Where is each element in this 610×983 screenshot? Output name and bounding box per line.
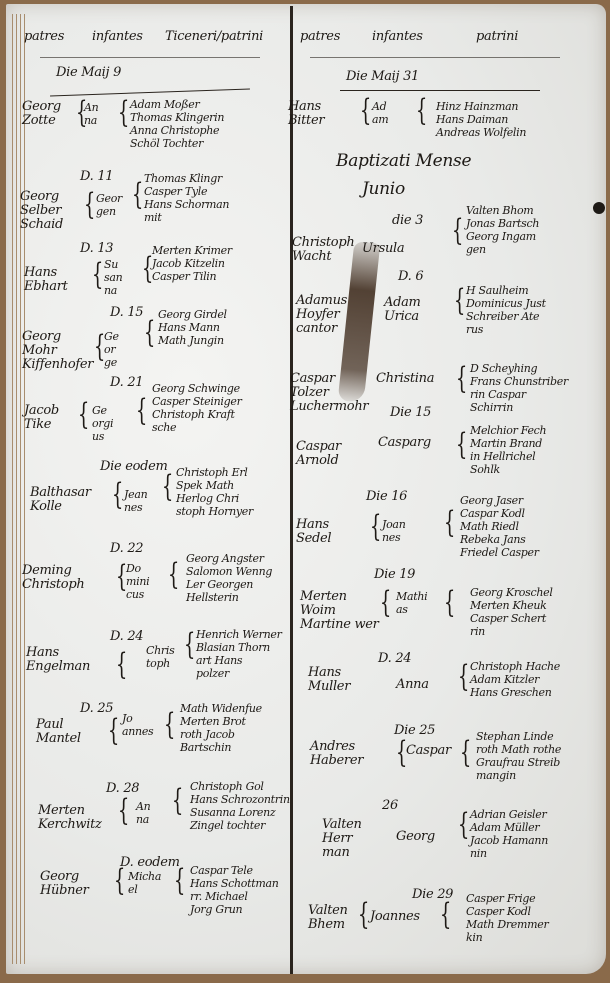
entry-date: D. eodem [120, 856, 180, 870]
father-name: Georg Hübner [40, 870, 89, 898]
ink-blot [593, 202, 605, 214]
entry-date: D. 11 [80, 170, 113, 184]
header-patres-left: patres [24, 30, 64, 44]
child-name: Ge or ge [104, 330, 119, 369]
godparents: Merten Krimer Jacob Kitzelin Casper Tili… [152, 244, 232, 283]
godparents: Casper Frige Casper Kodl Math Dremmer ki… [466, 892, 548, 944]
child-name: Caspar [406, 744, 451, 758]
entry-date: D. 22 [110, 542, 143, 556]
brace: { [454, 286, 465, 316]
father-name: Georg Mohr Kiffenhofer [22, 330, 93, 372]
godparents: Caspar Tele Hans Schottman rr. Michael J… [190, 864, 279, 916]
entry-date: die 3 [392, 214, 423, 228]
godparents: Thomas Klingr Casper Tyle Hans Schorman … [144, 172, 229, 224]
entry-date: D. 15 [110, 306, 143, 320]
brace: { [184, 630, 195, 660]
child-name: Georg [396, 830, 435, 844]
godparents: Georg Girdel Hans Mann Math Jungin [158, 308, 227, 347]
brace: { [132, 180, 143, 210]
header-underline [310, 57, 560, 58]
child-name: Su san na [104, 258, 122, 297]
brace: { [108, 716, 119, 746]
godparents: Math Widenfue Merten Brot roth Jacob Bar… [180, 702, 262, 754]
brace: { [452, 216, 463, 246]
brace: { [112, 480, 123, 510]
brace: { [440, 900, 451, 930]
brace: { [144, 318, 155, 348]
brace: { [172, 786, 183, 816]
father-name: Balthasar Kolle [30, 486, 91, 514]
page-edge [24, 14, 25, 964]
header-patrini-left: Ticeneri/patrini [165, 30, 263, 44]
father-name: Hans Muller [308, 666, 350, 694]
page-edge [12, 14, 13, 964]
brace: { [444, 588, 455, 618]
header-infantes-left: infantes [92, 30, 143, 44]
column-divider-rule [290, 6, 293, 974]
section-subheading: Junio [362, 180, 405, 199]
godparents: Valten Bhom Jonas Bartsch Georg Ingam ge… [466, 204, 539, 256]
entry-date: Die 16 [366, 490, 407, 504]
brace: { [78, 400, 89, 430]
brace: { [358, 900, 369, 930]
header-patrini-right: patrini [476, 30, 518, 44]
entry-date: D. 24 [378, 652, 411, 666]
father-name: Valten Bhem [308, 904, 348, 932]
brace: { [114, 866, 125, 896]
entry-date: D. 24 [110, 630, 143, 644]
godparents: Hinz Hainzman Hans Daiman Andreas Wolfel… [436, 100, 526, 139]
father-name: Hans Ebhart [24, 266, 68, 294]
child-name: Mathi as [396, 590, 427, 616]
brace: { [456, 364, 467, 394]
brace: { [92, 260, 103, 290]
godparents: Christoph Gol Hans Schrozontrin Susanna … [190, 780, 290, 832]
brace: { [118, 98, 129, 128]
godparents: Georg Angster Salomon Wenng Ler Georgen … [186, 552, 272, 604]
child-name: Anna [396, 678, 429, 692]
entry-date: D. 6 [398, 270, 423, 284]
brace: { [380, 588, 391, 618]
godparents: Melchior Fech Martin Brand in Hellrichel… [470, 424, 546, 476]
child-name: Geor gen [96, 192, 122, 218]
father-name: Caspar Tolzer Luchermohr [290, 372, 368, 414]
brace: { [168, 560, 179, 590]
child-name: An na [84, 101, 98, 127]
father-name: Paul Mantel [36, 718, 81, 746]
godparents: Christoph Erl Spek Math Herlog Chri stop… [176, 466, 253, 518]
father-name: Deming Christoph [22, 564, 84, 592]
child-name: Jean nes [124, 488, 147, 514]
section-heading: Baptizati Mense [336, 152, 471, 171]
godparents: H Saulheim Dominicus Just Schreiber Ate … [466, 284, 546, 336]
godparents: D Scheyhing Frans Chunstriber rin Caspar… [470, 362, 568, 414]
father-name: Georg Selber Schaid [20, 190, 63, 232]
child-name: Do mini cus [126, 562, 149, 601]
child-name: Adam Urica [384, 296, 421, 324]
month-heading-right: Die Maij 31 [346, 70, 419, 84]
page-edge [16, 14, 17, 964]
month-heading-left: Die Maij 9 [56, 66, 121, 80]
child-name: Joannes [370, 910, 420, 924]
godparents: Stephan Linde roth Math rothe Graufrau S… [476, 730, 561, 782]
father-name: Hans Engelman [26, 646, 90, 674]
father-name: Hans Sedel [296, 518, 331, 546]
brace: { [136, 396, 147, 426]
child-name: Ursula [362, 242, 404, 256]
entry-date: Die 15 [390, 406, 431, 420]
header-underline [40, 57, 260, 58]
godparents: Adrian Geisler Adam Müller Jacob Hamann … [470, 808, 548, 860]
entry-date: Die eodem [100, 460, 168, 474]
godparents: Georg Kroschel Merten Kheuk Casper Scher… [470, 586, 553, 638]
brace: { [416, 96, 427, 126]
child-name: Ge orgi us [92, 404, 113, 443]
entry-date: Die 19 [374, 568, 415, 582]
header-infantes-right: infantes [372, 30, 423, 44]
child-name: Ad am [372, 100, 388, 126]
header-patres-right: patres [300, 30, 340, 44]
father-name: Hans Bitter [288, 100, 324, 128]
brace: { [458, 810, 469, 840]
father-name: Merten Kerchwitz [38, 804, 102, 832]
father-name: Merten Woim Martine wer [300, 590, 379, 632]
child-name: Jo annes [122, 712, 153, 738]
godparents: Georg Jaser Caspar Kodl Math Riedl Rebek… [460, 494, 539, 559]
child-name: Joan nes [382, 518, 405, 544]
father-name: Jacob Tike [24, 404, 59, 432]
brace: { [458, 662, 469, 692]
heading-underline [340, 90, 540, 91]
page-edge [20, 14, 21, 964]
entry-date: D. 13 [80, 242, 113, 256]
father-name: Adamus Hoyfer cantor [296, 294, 347, 336]
brace: { [444, 508, 455, 538]
father-name: Georg Zotte [22, 100, 61, 128]
child-name: An na [136, 800, 150, 826]
child-name: Casparg [378, 436, 431, 450]
brace: { [360, 96, 371, 126]
child-name: Chris toph [146, 644, 174, 670]
child-name: Christina [376, 372, 434, 386]
brace: { [164, 710, 175, 740]
brace: { [174, 866, 185, 896]
father-name: Caspar Arnold [296, 440, 341, 468]
brace: { [162, 472, 173, 502]
entry-date: 26 [382, 796, 398, 815]
father-name: Valten Herr man [322, 818, 362, 860]
brace: { [370, 512, 381, 542]
brace: { [118, 796, 129, 826]
godparents: Christoph Hache Adam Kitzler Hans Gresch… [470, 660, 560, 699]
brace: { [116, 650, 127, 680]
godparents: Henrich Werner Blasian Thorn art Hans po… [196, 628, 282, 680]
brace: { [456, 430, 467, 460]
father-name: Christoph Wacht [292, 236, 354, 264]
brace: { [460, 738, 471, 768]
child-name: Micha el [128, 870, 161, 896]
brace: { [84, 190, 95, 220]
entry-date: D. 21 [110, 376, 143, 390]
father-name: Andres Haberer [310, 740, 363, 768]
godparents: Georg Schwinge Casper Steiniger Christop… [152, 382, 242, 434]
godparents: Adam Moßer Thomas Klingerin Anna Christo… [130, 98, 224, 150]
